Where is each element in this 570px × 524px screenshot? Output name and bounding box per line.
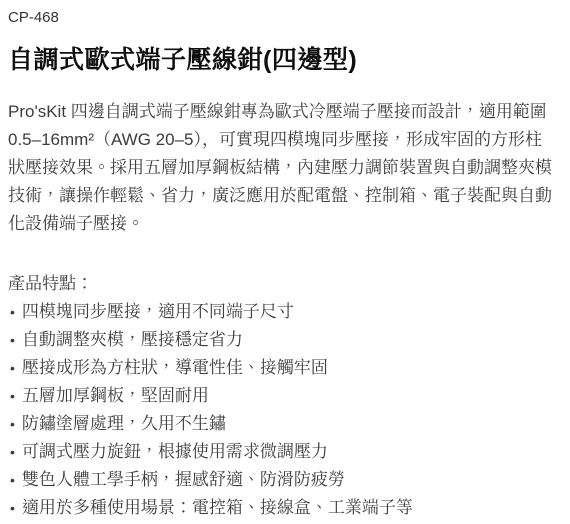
bullet-icon: • — [10, 298, 15, 326]
feature-text: 自動調整夾模，壓接穩定省力 — [22, 326, 243, 354]
product-description-page: CP-468 自調式歐式端子壓線鉗(四邊型) Pro'sKit 四邊自調式端子壓… — [0, 0, 570, 524]
feature-item: • 適用於多種使用場景：電控箱、接線盒、工業端子等 — [8, 494, 558, 522]
feature-text: 防鏽塗層處理，久用不生鏽 — [22, 410, 226, 438]
feature-item: • 壓接成形為方柱狀，導電性佳、接觸牢固 — [8, 354, 558, 382]
feature-text: 可調式壓力旋鈕，根據使用需求微調壓力 — [22, 438, 328, 466]
product-description: Pro'sKit 四邊自調式端子壓線鉗專為歐式冷壓端子壓接而設計，適用範圍 0.… — [8, 98, 556, 238]
bullet-icon: • — [10, 354, 15, 382]
feature-item: • 四模塊同步壓接，適用不同端子尺寸 — [8, 298, 558, 326]
features-heading: 產品特點： — [8, 270, 558, 298]
bullet-icon: • — [10, 326, 15, 354]
features-list: • 四模塊同步壓接，適用不同端子尺寸 • 自動調整夾模，壓接穩定省力 • 壓接成… — [8, 298, 558, 522]
feature-text: 雙色人體工學手柄，握感舒適、防滑防疲勞 — [22, 466, 345, 494]
feature-text: 壓接成形為方柱狀，導電性佳、接觸牢固 — [22, 354, 328, 382]
bullet-icon: • — [10, 494, 15, 522]
feature-item: • 五層加厚鋼板，堅固耐用 — [8, 382, 558, 410]
feature-item: • 可調式壓力旋鈕，根據使用需求微調壓力 — [8, 438, 558, 466]
product-title: 自調式歐式端子壓線鉗(四邊型) — [8, 44, 558, 76]
feature-text: 四模塊同步壓接，適用不同端子尺寸 — [22, 298, 294, 326]
feature-item: • 防鏽塗層處理，久用不生鏽 — [8, 410, 558, 438]
feature-item: • 雙色人體工學手柄，握感舒適、防滑防疲勞 — [8, 466, 558, 494]
bullet-icon: • — [10, 466, 15, 494]
product-model-number: CP-468 — [8, 8, 558, 28]
bullet-icon: • — [10, 410, 15, 438]
feature-item: • 自動調整夾模，壓接穩定省力 — [8, 326, 558, 354]
bullet-icon: • — [10, 382, 15, 410]
feature-text: 適用於多種使用場景：電控箱、接線盒、工業端子等 — [22, 494, 413, 522]
bullet-icon: • — [10, 438, 15, 466]
feature-text: 五層加厚鋼板，堅固耐用 — [22, 382, 209, 410]
